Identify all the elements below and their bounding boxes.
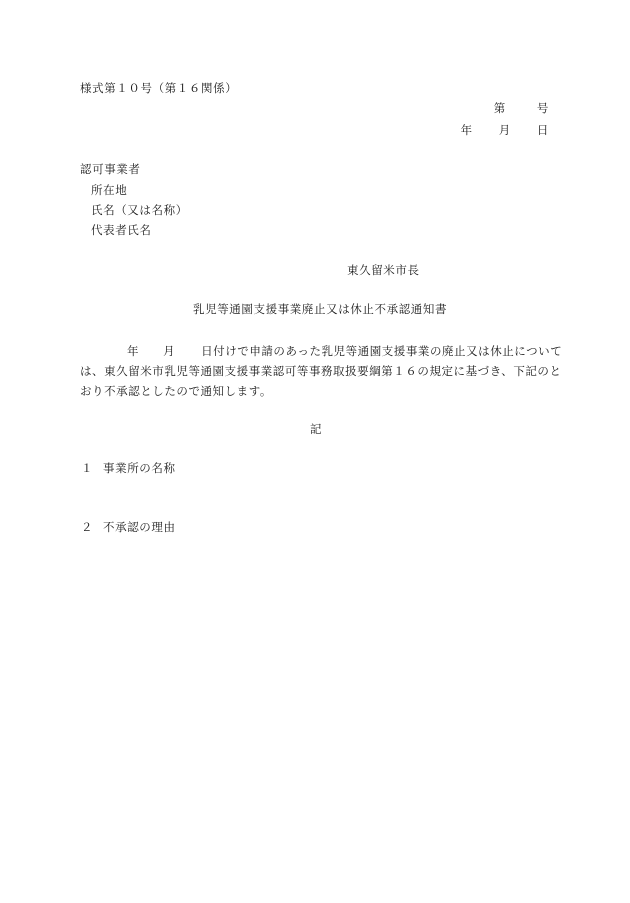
ki-heading: 記	[310, 422, 322, 436]
document-title: 乳児等通園支援事業廃止又は休止不承認通知書	[193, 302, 447, 316]
item-label: 事業所の名称	[103, 461, 176, 475]
body-line-2: は、東久留米市乳児等通園支援事業認可等事務取扱要綱第１６の規定に基づき、下記のと	[80, 361, 555, 381]
body-year: 年	[127, 344, 139, 358]
date-month: 月	[499, 123, 511, 137]
recipient-name-label: 氏名（又は名称）	[91, 203, 188, 217]
document-number-prefix: 第	[494, 101, 506, 115]
body-month: 月	[163, 344, 175, 358]
document-number: 第号	[494, 101, 549, 115]
sender: 東久留米市長	[347, 263, 420, 277]
item-label: 不承認の理由	[103, 520, 176, 534]
item-number: １	[81, 461, 103, 475]
date-day: 日	[537, 123, 549, 137]
recipient-representative-label: 代表者氏名	[91, 223, 152, 237]
list-item: ２不承認の理由	[81, 520, 176, 534]
document-date: 年月日	[461, 123, 549, 137]
document-number-suffix: 号	[537, 101, 549, 115]
recipient-title: 認可事業者	[80, 162, 141, 176]
body-paragraph: 年月日付けで申請のあった乳児等通園支援事業の廃止又は休止について は、東久留米市…	[80, 341, 555, 401]
recipient-address-label: 所在地	[91, 183, 127, 197]
list-item: １事業所の名称	[81, 461, 176, 475]
item-number: ２	[81, 520, 103, 534]
body-line-3: おり不承認としたので通知します。	[80, 381, 555, 401]
form-number: 様式第１０号（第１６関係）	[80, 81, 237, 95]
date-year: 年	[461, 123, 473, 137]
body-line-1-text: 日付けで申請のあった乳児等通園支援事業の廃止又は休止について	[201, 344, 562, 358]
document-page: 様式第１０号（第１６関係） 第号 年月日 認可事業者 所在地 氏名（又は名称） …	[0, 0, 630, 903]
body-line-1: 年月日付けで申請のあった乳児等通園支援事業の廃止又は休止について	[80, 341, 555, 361]
